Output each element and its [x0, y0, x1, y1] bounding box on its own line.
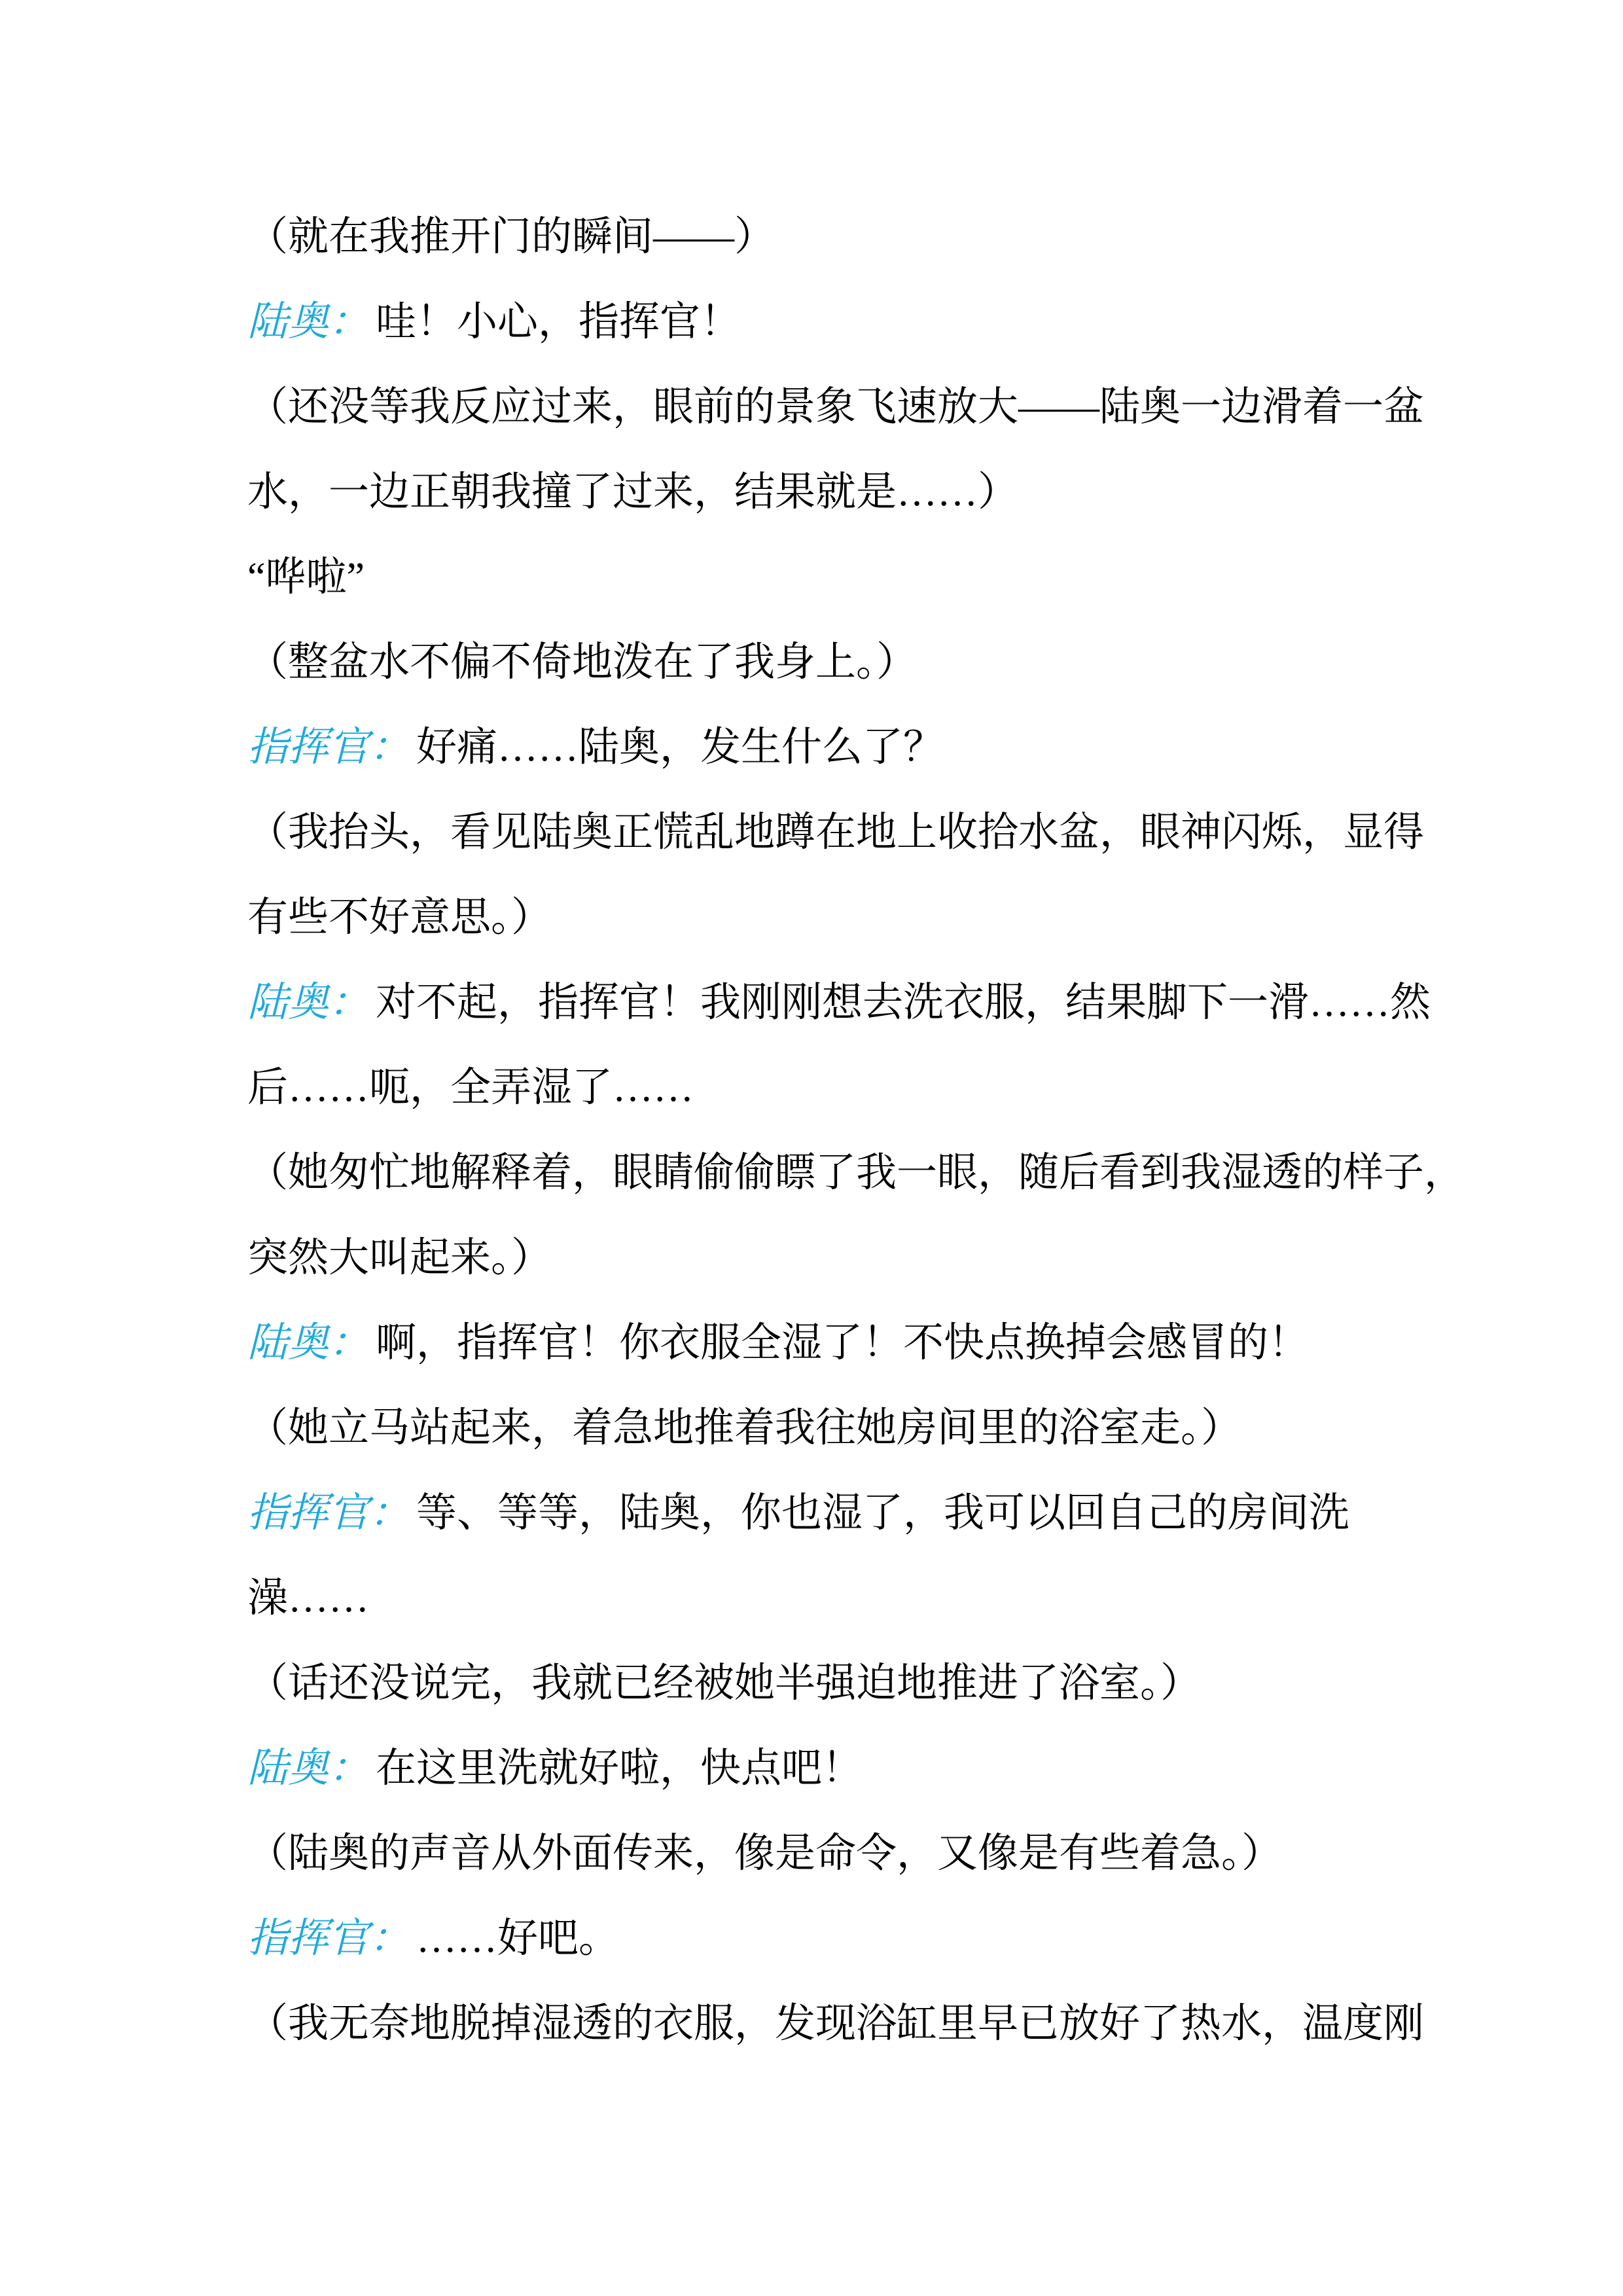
speaker-name: 陆奥：: [247, 300, 369, 344]
speaker-name: 指挥官：: [247, 725, 410, 770]
line-text: 澡……: [247, 1576, 369, 1621]
script-line: 陆奥：哇！小心，指挥官！: [247, 279, 1427, 365]
document-page: （就在我推开门的瞬间——）陆奥：哇！小心，指挥官！（还没等我反应过来，眼前的景象…: [0, 0, 1623, 2296]
script-body: （就在我推开门的瞬间——）陆奥：哇！小心，指挥官！（还没等我反应过来，眼前的景象…: [247, 194, 1427, 2066]
script-line: 有些不好意思。）: [247, 875, 1427, 960]
script-line: 陆奥：对不起，指挥官！我刚刚想去洗衣服，结果脚下一滑……然: [247, 960, 1427, 1045]
line-text: 好痛……陆奥，发生什么了？: [416, 725, 944, 770]
script-line: 澡……: [247, 1556, 1427, 1641]
line-text: （我抬头，看见陆奥正慌乱地蹲在地上收拾水盆，眼神闪烁，显得: [247, 810, 1424, 855]
line-text: 等、等等，陆奥，你也湿了，我可以回自己的房间洗: [416, 1491, 1349, 1535]
script-line: （她匆忙地解释着，眼睛偷偷瞟了我一眼，随后看到我湿透的样子，: [247, 1130, 1427, 1215]
line-text: （我无奈地脱掉湿透的衣服，发现浴缸里早已放好了热水，温度刚: [247, 2001, 1424, 2046]
speaker-name: 陆奥：: [247, 1746, 369, 1791]
line-text: 哇！小心，指挥官！: [376, 300, 741, 344]
line-text: （就在我推开门的瞬间——）: [247, 215, 775, 259]
script-line: （陆奥的声音从外面传来，像是命令，又像是有些着急。）: [247, 1811, 1427, 1896]
script-line: （整盆水不偏不倚地泼在了我身上。）: [247, 620, 1427, 705]
line-text: 有些不好意思。）: [247, 895, 552, 940]
script-line: （我无奈地脱掉湿透的衣服，发现浴缸里早已放好了热水，温度刚: [247, 1981, 1427, 2066]
speaker-name: 指挥官：: [247, 1491, 410, 1535]
script-line: 指挥官：等、等等，陆奥，你也湿了，我可以回自己的房间洗: [247, 1471, 1427, 1556]
script-line: “哗啦”: [247, 535, 1427, 620]
line-text: （话还没说完，我就已经被她半强迫地推进了浴室。）: [247, 1661, 1201, 1706]
script-line: （她立马站起来，着急地推着我往她房间里的浴室走。）: [247, 1386, 1427, 1471]
line-text: （还没等我反应过来，眼前的景象飞速放大——陆奥一边滑着一盆: [247, 385, 1424, 429]
line-text: ……好吧。: [416, 1916, 619, 1961]
script-line: （就在我推开门的瞬间——）: [247, 194, 1427, 279]
speaker-name: 陆奥：: [247, 980, 369, 1025]
script-line: （还没等我反应过来，眼前的景象飞速放大——陆奥一边滑着一盆: [247, 365, 1427, 450]
script-line: 指挥官：好痛……陆奥，发生什么了？: [247, 705, 1427, 790]
line-text: 啊，指挥官！你衣服全湿了！不快点换掉会感冒的！: [376, 1321, 1309, 1365]
script-line: （话还没说完，我就已经被她半强迫地推进了浴室。）: [247, 1641, 1427, 1726]
line-text: “哗啦”: [247, 555, 365, 600]
script-line: 陆奥：啊，指挥官！你衣服全湿了！不快点换掉会感冒的！: [247, 1300, 1427, 1386]
script-line: 突然大叫起来。）: [247, 1215, 1427, 1300]
speaker-name: 陆奥：: [247, 1321, 369, 1365]
line-text: 对不起，指挥官！我刚刚想去洗衣服，结果脚下一滑……然: [376, 980, 1431, 1025]
script-line: 指挥官：……好吧。: [247, 1896, 1427, 1981]
line-text: 突然大叫起来。）: [247, 1236, 552, 1280]
script-line: 水，一边正朝我撞了过来，结果就是……）: [247, 450, 1427, 535]
line-text: （她立马站起来，着急地推着我往她房间里的浴室走。）: [247, 1406, 1241, 1450]
line-text: 后……呃，全弄湿了……: [247, 1066, 694, 1110]
script-line: 陆奥：在这里洗就好啦，快点吧！: [247, 1726, 1427, 1811]
line-text: （陆奥的声音从外面传来，像是命令，又像是有些着急。）: [247, 1831, 1282, 1876]
line-text: 水，一边正朝我撞了过来，结果就是……）: [247, 470, 1018, 514]
script-line: 后……呃，全弄湿了……: [247, 1045, 1427, 1130]
line-text: （她匆忙地解释着，眼睛偷偷瞟了我一眼，随后看到我湿透的样子，: [247, 1151, 1465, 1195]
line-text: （整盆水不偏不倚地泼在了我身上。）: [247, 640, 917, 685]
speaker-name: 指挥官：: [247, 1916, 410, 1961]
script-line: （我抬头，看见陆奥正慌乱地蹲在地上收拾水盆，眼神闪烁，显得: [247, 790, 1427, 875]
line-text: 在这里洗就好啦，快点吧！: [376, 1746, 863, 1791]
